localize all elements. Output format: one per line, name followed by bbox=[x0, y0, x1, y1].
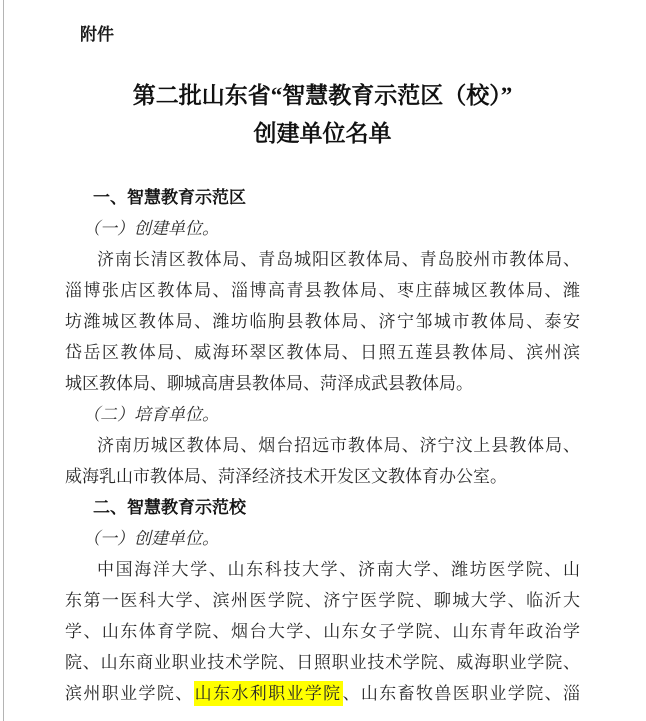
paragraph-line: 济南长清区教体局、青岛城阳区教体局、青岛胶州市教体局、 bbox=[65, 244, 580, 275]
document-page: 附件 第二批山东省“智慧教育示范区（校）” 创建单位名单 一、智慧教育示范区 （… bbox=[0, 0, 646, 721]
document-body: 一、智慧教育示范区 （一）创建单位。 济南长清区教体局、青岛城阳区教体局、青岛胶… bbox=[65, 182, 580, 709]
highlighted-school-name: 山东水利职业学院 bbox=[194, 681, 343, 706]
paragraph-line: 城区教体局、聊城高唐县教体局、菏泽成武县教体局。 bbox=[65, 368, 580, 399]
text-before-highlight: 滨州职业学院、 bbox=[65, 684, 194, 703]
paragraph-line: 济南历城区教体局、烟台招远市教体局、济宁汶上县教体局、 bbox=[65, 430, 580, 461]
paragraph-line: 东第一医科大学、滨州医学院、济宁医学院、聊城大学、临沂大 bbox=[65, 585, 580, 616]
paragraph-line: 坊潍城区教体局、潍坊临朐县教体局、济宁邹城市教体局、泰安 bbox=[65, 306, 580, 337]
paragraph-line: 滨州职业学院、山东水利职业学院、山东畜牧兽医职业学院、淄 bbox=[65, 678, 580, 709]
text-after-highlight: 、山东畜牧兽医职业学院、淄 bbox=[343, 684, 580, 703]
section-1-subheading-cultivate: （二）培育单位。 bbox=[65, 399, 580, 430]
paragraph-line: 淄博张店区教体局、淄博高青县教体局、枣庄薛城区教体局、潍 bbox=[65, 275, 580, 306]
section-1-heading: 一、智慧教育示范区 bbox=[65, 182, 580, 213]
paragraph-line: 院、山东商业职业技术学院、日照职业技术学院、威海职业学院、 bbox=[65, 647, 580, 678]
section-1-subheading-create: （一）创建单位。 bbox=[65, 213, 580, 244]
paragraph-line: 学、山东体育学院、烟台大学、山东女子学院、山东青年政治学 bbox=[65, 616, 580, 647]
paragraph-line: 岱岳区教体局、威海环翠区教体局、日照五莲县教体局、滨州滨 bbox=[65, 337, 580, 368]
section-2-heading: 二、智慧教育示范校 bbox=[65, 492, 580, 523]
paragraph-line: 威海乳山市教体局、菏泽经济技术开发区文教体育办公室。 bbox=[65, 461, 580, 492]
attachment-label: 附件 bbox=[80, 25, 114, 45]
section-2-subheading-create: （一）创建单位。 bbox=[65, 523, 580, 554]
paragraph-line: 中国海洋大学、山东科技大学、济南大学、潍坊医学院、山 bbox=[65, 554, 580, 585]
page-left-edge-line bbox=[3, 0, 4, 721]
document-title: 第二批山东省“智慧教育示范区（校）” 创建单位名单 bbox=[65, 77, 580, 153]
title-line-2: 创建单位名单 bbox=[65, 115, 580, 153]
title-line-1: 第二批山东省“智慧教育示范区（校）” bbox=[65, 77, 580, 115]
